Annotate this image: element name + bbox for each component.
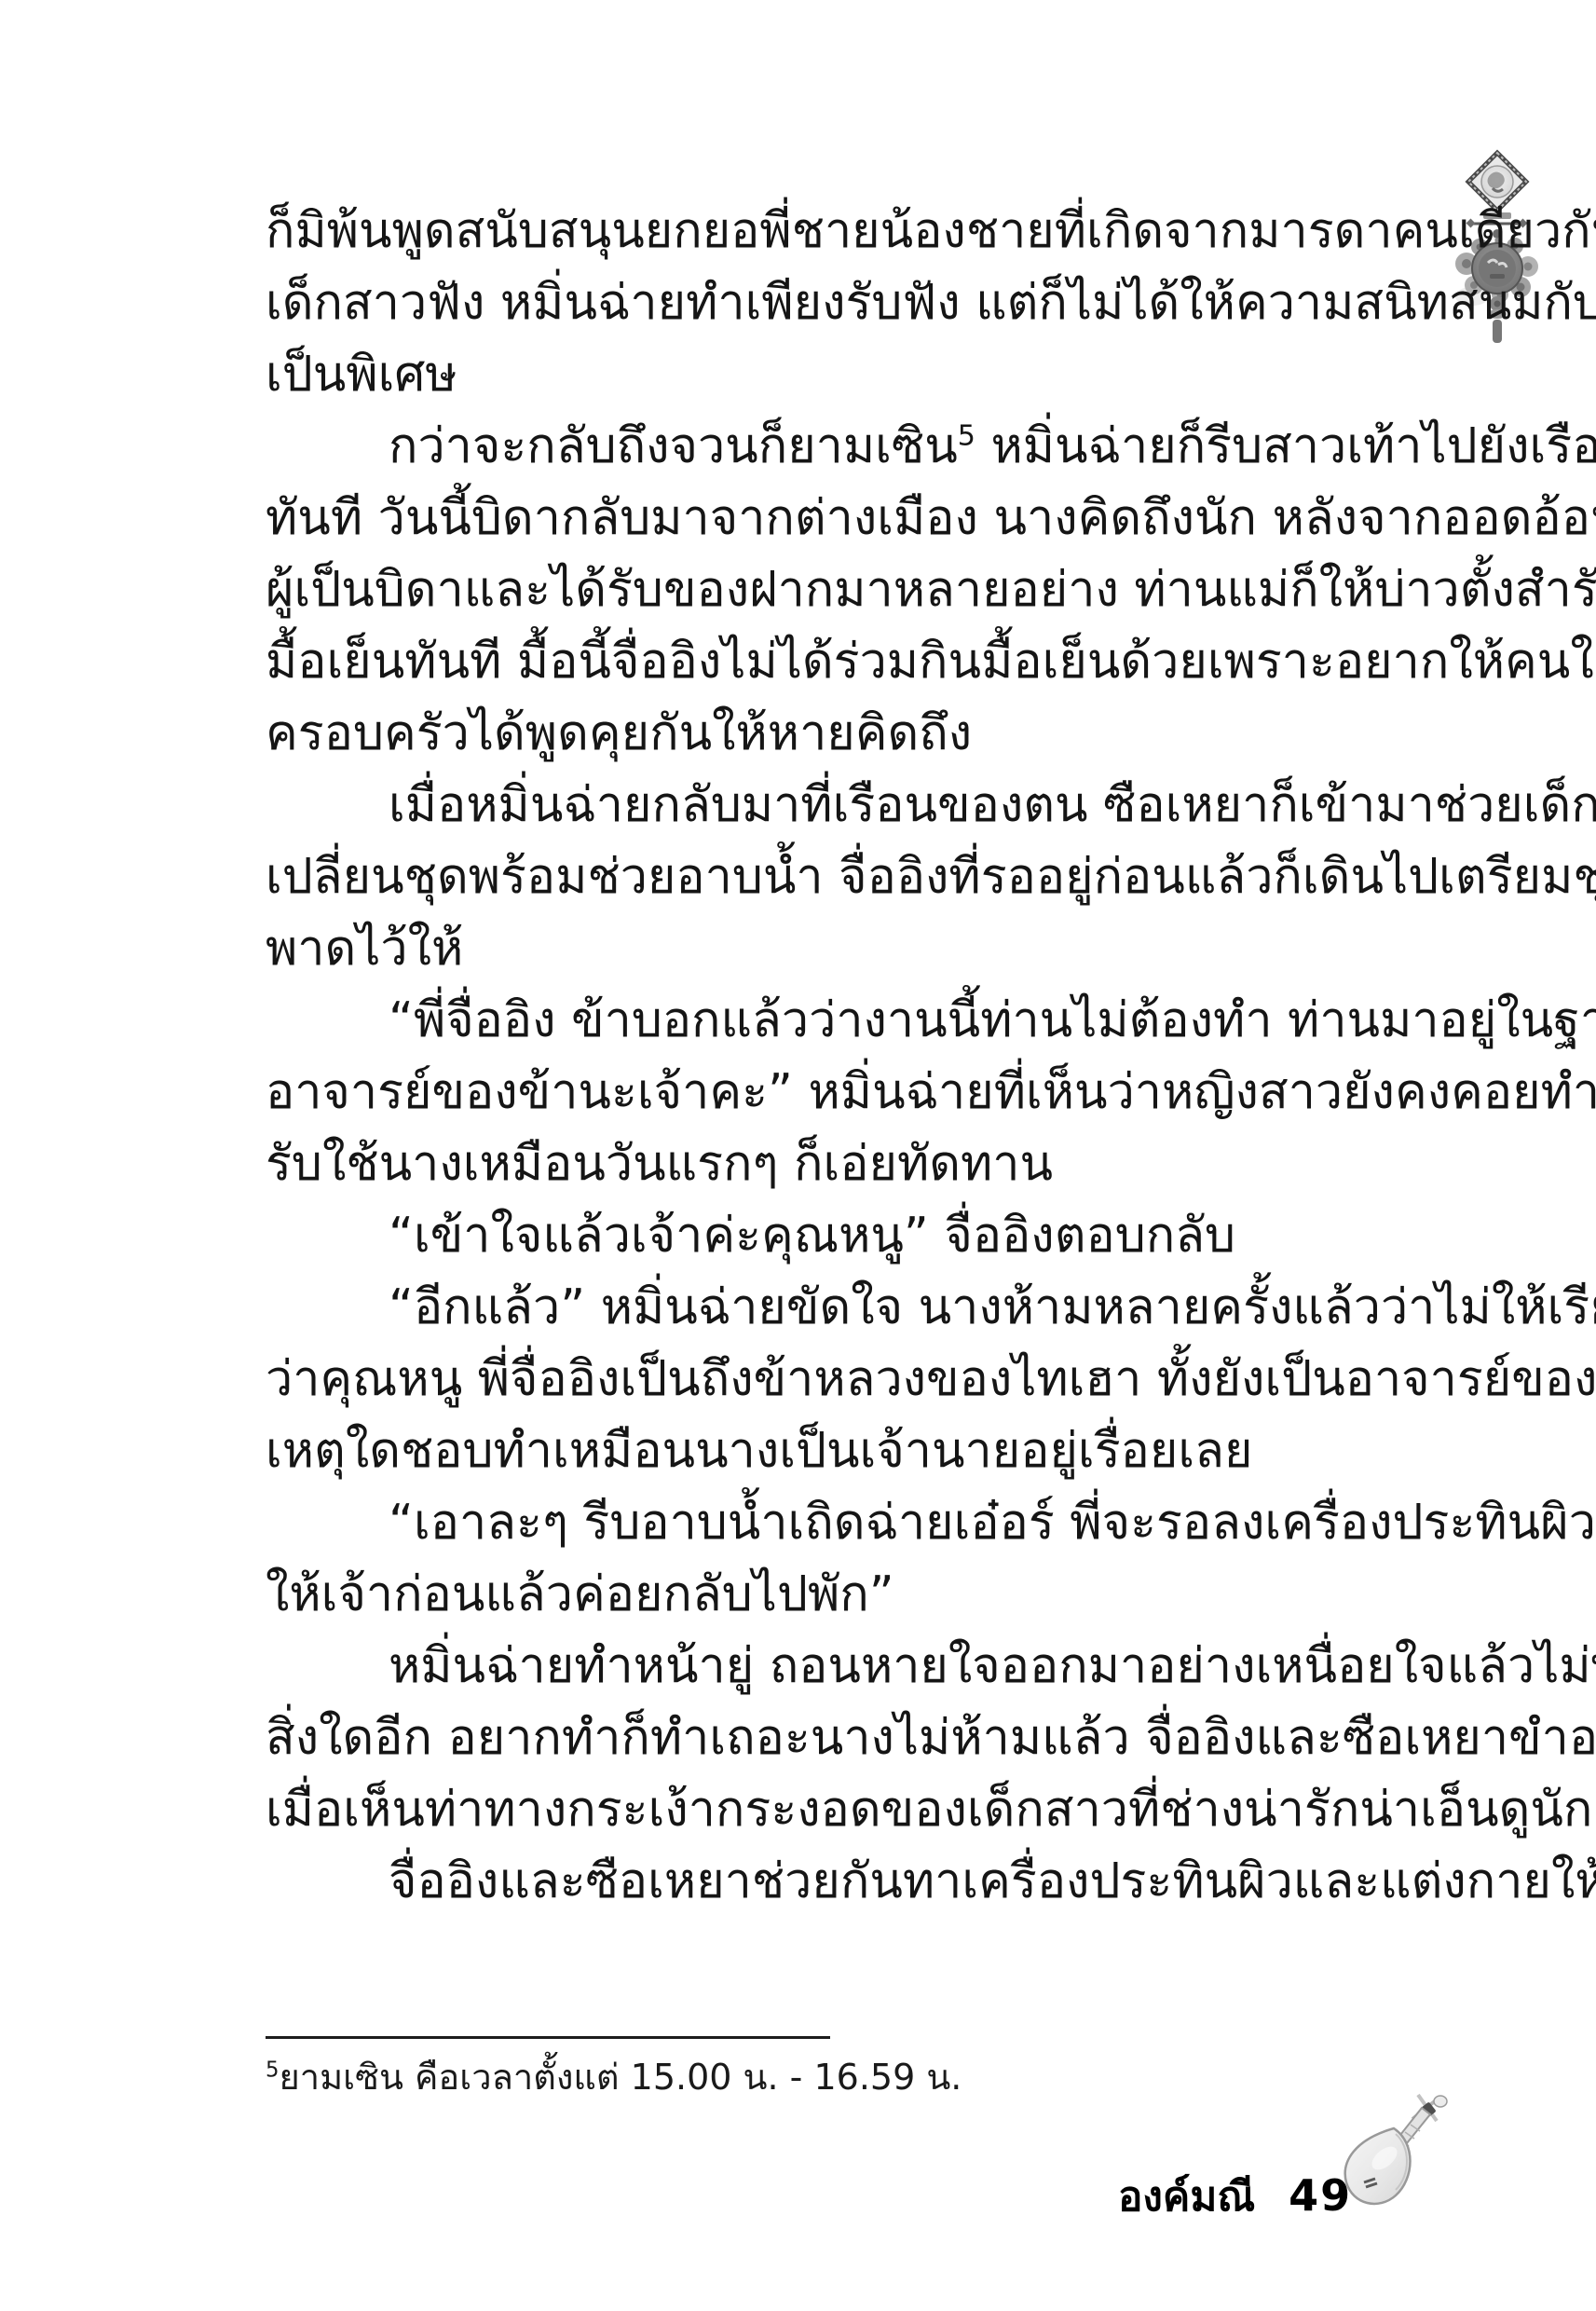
diamond-portrait — [1468, 153, 1526, 211]
text-line: กว่าจะกลับถึงจวนก็ยามเซิน5 หมิ่นฉ่ายก็รี… — [266, 411, 1428, 483]
text-line: รับใช้นางเหมือนวันแรกๆ ก็เอ่ยทัดทาน — [266, 1128, 1428, 1200]
text-line: ก็มิพ้นพูดสนับสนุนยกยอพี่ชายน้องชายที่เก… — [266, 196, 1428, 267]
text-line: “พี่จื่ออิง ข้าบอกแล้วว่างานนี้ท่านไม่ต้… — [266, 985, 1428, 1057]
text-line: หมิ่นฉ่ายทำหน้ายู่ ถอนหายใจออกมาอย่างเหน… — [266, 1631, 1428, 1702]
footnote: 5ยามเซิน คือเวลาตั้งแต่ 15.00 น. - 16.59… — [266, 2053, 1104, 2101]
pipa-body — [1345, 2128, 1411, 2204]
footnote-marker: 5 — [266, 2058, 280, 2082]
text-line: ผู้เป็นบิดาและได้รับของฝากมาหลายอย่าง ท่… — [266, 554, 1428, 626]
text-line: พาดไว้ให้ — [266, 913, 1428, 985]
pipa-lute-icon — [1342, 2093, 1458, 2216]
text-line: เด็กสาวฟัง หมิ่นฉ่ายทำเพียงรับฟัง แต่ก็ไ… — [266, 267, 1428, 339]
text-line: “เข้าใจแล้วเจ้าค่ะคุณหนู” จื่ออิงตอบกลับ — [266, 1200, 1428, 1272]
book-page: ก็มิพ้นพูดสนับสนุนยกยอพี่ชายน้องชายที่เก… — [0, 0, 1596, 2311]
text-line: ให้เจ้าก่อนแล้วค่อยกลับไปพัก” — [266, 1559, 1428, 1631]
text-line: “อีกแล้ว” หมิ่นฉ่ายขัดใจ นางห้ามหลายครั้… — [266, 1272, 1428, 1344]
text-line: เป็นพิเศษ — [266, 339, 1428, 411]
text-line: มื้อเย็นทันที มื้อนี้จื่ออิงไม่ได้ร่วมกิ… — [266, 626, 1428, 698]
text-block: ก็มิพ้นพูดสนับสนุนยกยอพี่ชายน้องชายที่เก… — [266, 196, 1428, 1918]
footer-book-title: องค์มณี — [1118, 2164, 1255, 2229]
text-line: สิ่งใดอีก อยากทำก็ทำเถอะนางไม่ห้ามแล้ว จ… — [266, 1702, 1428, 1774]
text-line: เปลี่ยนชุดพร้อมช่วยอาบน้ำ จื่ออิงที่รออย… — [266, 841, 1428, 913]
text-line: อาจารย์ของข้านะเจ้าคะ” หมิ่นฉ่ายที่เห็นว… — [266, 1057, 1428, 1128]
footnote-rule — [266, 2036, 830, 2039]
footnote-ref: 5 — [958, 420, 975, 453]
text-line: ว่าคุณหนู พี่จื่ออิงเป็นถึงข้าหลวงของไทเ… — [266, 1344, 1428, 1415]
text-line: “เอาละๆ รีบอาบน้ำเถิดฉ่ายเอ๋อร์ พี่จะรอล… — [266, 1487, 1428, 1559]
footnote-text: ยามเซิน คือเวลาตั้งแต่ 15.00 น. - 16.59 … — [280, 2057, 962, 2098]
text-line: เหตุใดชอบทำเหมือนนางเป็นเจ้านายอยู่เรื่อ… — [266, 1415, 1428, 1487]
text-line: ครอบครัวได้พูดคุยกันให้หายคิดถึง — [266, 698, 1428, 770]
text-line: ทันที วันนี้บิดากลับมาจากต่างเมือง นางคิ… — [266, 483, 1428, 554]
text-line: จื่ออิงและซือเหยาช่วยกันทาเครื่องประทินผ… — [266, 1846, 1428, 1918]
page-footer: องค์มณี 49 — [1118, 2164, 1352, 2229]
text-line: เมื่อหมิ่นฉ่ายกลับมาที่เรือนของตน ซือเหย… — [266, 770, 1428, 841]
text-line: เมื่อเห็นท่าทางกระเง้ากระงอดของเด็กสาวที… — [266, 1774, 1428, 1846]
